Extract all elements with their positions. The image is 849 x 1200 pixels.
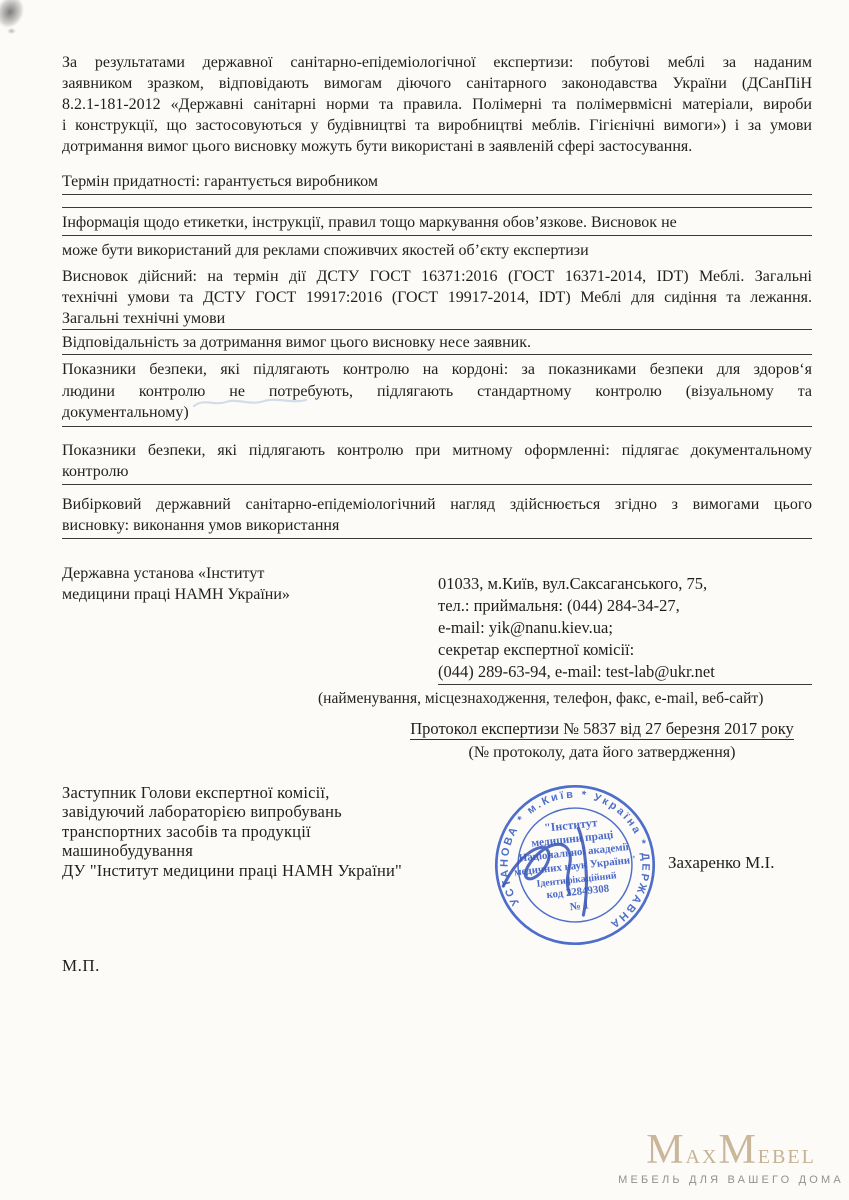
labeling-info-paragraph: Інформація щодо етикетки, інструкції, пр… — [62, 207, 812, 261]
logo-part-max: Max — [646, 1130, 718, 1174]
customs-control-paragraph: Показники безпеки, які підлягають контро… — [62, 440, 812, 485]
responsibility-line: Відповідальність за дотримання вимог цьо… — [62, 332, 812, 355]
institution-contact: 01033, м.Київ, вул.Саксаганського, 75,те… — [438, 563, 812, 685]
expertise-results-paragraph: За результатами державної санітарно-епід… — [62, 52, 812, 157]
institution-block: Державна установа «Інститутмедицини прац… — [62, 563, 812, 708]
logo-tagline: МЕБЕЛЬ ДЛЯ ВАШЕГО ДОМА — [615, 1174, 847, 1186]
maxmebel-logo-text: MaxMebel — [615, 1130, 847, 1174]
logo-part-mebel: Mebel — [718, 1130, 815, 1174]
shelf-life-line: Термін придатності: гарантується виробни… — [62, 171, 812, 195]
institution-name: Державна установа «Інститутмедицини прац… — [62, 563, 392, 605]
validity-paragraph: Висновок дійсний: на термін дії ДСТУ ГОС… — [62, 266, 812, 330]
signatory-name: Захаренко М.І. — [668, 853, 774, 873]
border-control-paragraph: Показники безпеки, які підлягають контро… — [62, 359, 812, 427]
round-stamp: УСТАНОВА * м.Київ * Україна * ДЕРЖАВНА "… — [478, 768, 671, 961]
maxmebel-watermark: MaxMebel МЕБЕЛЬ ДЛЯ ВАШЕГО ДОМА — [615, 1130, 847, 1186]
institution-caption: (найменування, місцезнаходження, телефон… — [318, 690, 812, 708]
selective-supervision-paragraph: Вибірковий державний санітарно-епідеміол… — [62, 494, 812, 539]
protocol-number-line: Протокол експертизи № 5837 від 27 березн… — [410, 719, 793, 740]
protocol-caption: (№ протоколу, дата його затвердження) — [362, 742, 842, 763]
stamp-seal-graphic: УСТАНОВА * м.Київ * Україна * ДЕРЖАВНА "… — [478, 768, 671, 961]
scan-smudge-small — [6, 27, 17, 35]
scanned-certificate-page: За результатами державної санітарно-епід… — [0, 0, 849, 1200]
seal-place-note: М.П. — [62, 956, 812, 976]
signatory-block: Заступник Голови експертної комісії,заві… — [62, 783, 812, 903]
protocol-block: Протокол експертизи № 5837 від 27 березн… — [362, 718, 842, 763]
document-body: За результатами державної санітарно-епід… — [62, 0, 812, 976]
